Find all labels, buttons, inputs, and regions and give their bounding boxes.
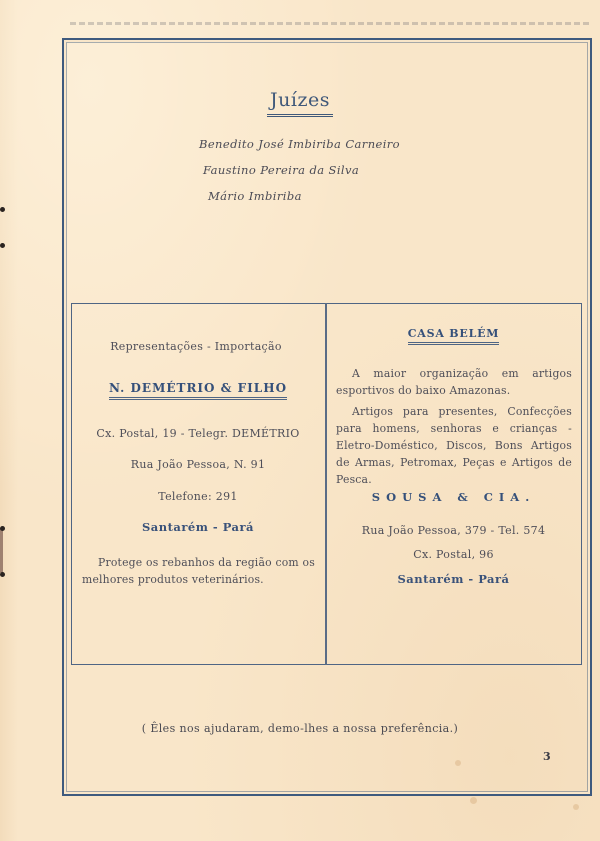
- store-name-text: CASA BELÉM: [408, 327, 500, 345]
- binding-hole: [0, 572, 5, 577]
- judge-name: Mário Imbiriba: [208, 189, 302, 203]
- paper-stain: [470, 797, 477, 804]
- ad-address: Rua João Pessoa, 379 - Tel. 574: [327, 524, 580, 537]
- page-title: Juízes: [0, 89, 600, 117]
- paper-stain: [573, 804, 579, 810]
- firm-name-text: N. DEMÉTRIO & FILHO: [109, 381, 287, 400]
- binding-hole: [0, 207, 5, 212]
- title-text: Juízes: [267, 89, 333, 117]
- ad-description-2: Artigos para presentes, Confecções para …: [336, 403, 572, 488]
- bleed-through-marks: [70, 22, 590, 25]
- ad-tagline: Representações - Importação: [68, 340, 324, 353]
- ad-firm-name: SOUSA & CIA.: [327, 490, 580, 504]
- ad-postal: Cx. Postal, 96: [327, 548, 580, 561]
- ad-casa-belem: CASA BELÉM A maior organização em artigo…: [327, 303, 580, 663]
- binding-hole: [0, 526, 5, 531]
- judge-name: Benedito José Imbiriba Carneiro: [199, 137, 400, 151]
- ad-firm-name: N. DEMÉTRIO & FILHO: [72, 381, 324, 400]
- page-number: 3: [543, 750, 551, 763]
- judge-name: Faustino Pereira da Silva: [203, 163, 359, 177]
- ad-city: Santarém - Pará: [72, 520, 324, 534]
- ad-description-1: A maior organização em artigos esportivo…: [336, 365, 572, 399]
- ad-description: Protege os rebanhos da região com os mel…: [82, 554, 315, 588]
- ad-demetrio: Representações - Importação N. DEMÉTRIO …: [72, 303, 324, 663]
- ad-address: Rua João Pessoa, N. 91: [72, 458, 324, 471]
- ad-phone: Telefone: 291: [72, 490, 324, 503]
- binding-thread: [0, 528, 3, 573]
- footer-note: ( Êles nos ajudaram, demo-lhes a nossa p…: [0, 722, 600, 735]
- ad-store-name: CASA BELÉM: [327, 327, 580, 345]
- binding-hole: [0, 243, 5, 248]
- ad-city: Santarém - Pará: [327, 572, 580, 586]
- ad-postal: Cx. Postal, 19 - Telegr. DEMÉTRIO: [72, 427, 324, 440]
